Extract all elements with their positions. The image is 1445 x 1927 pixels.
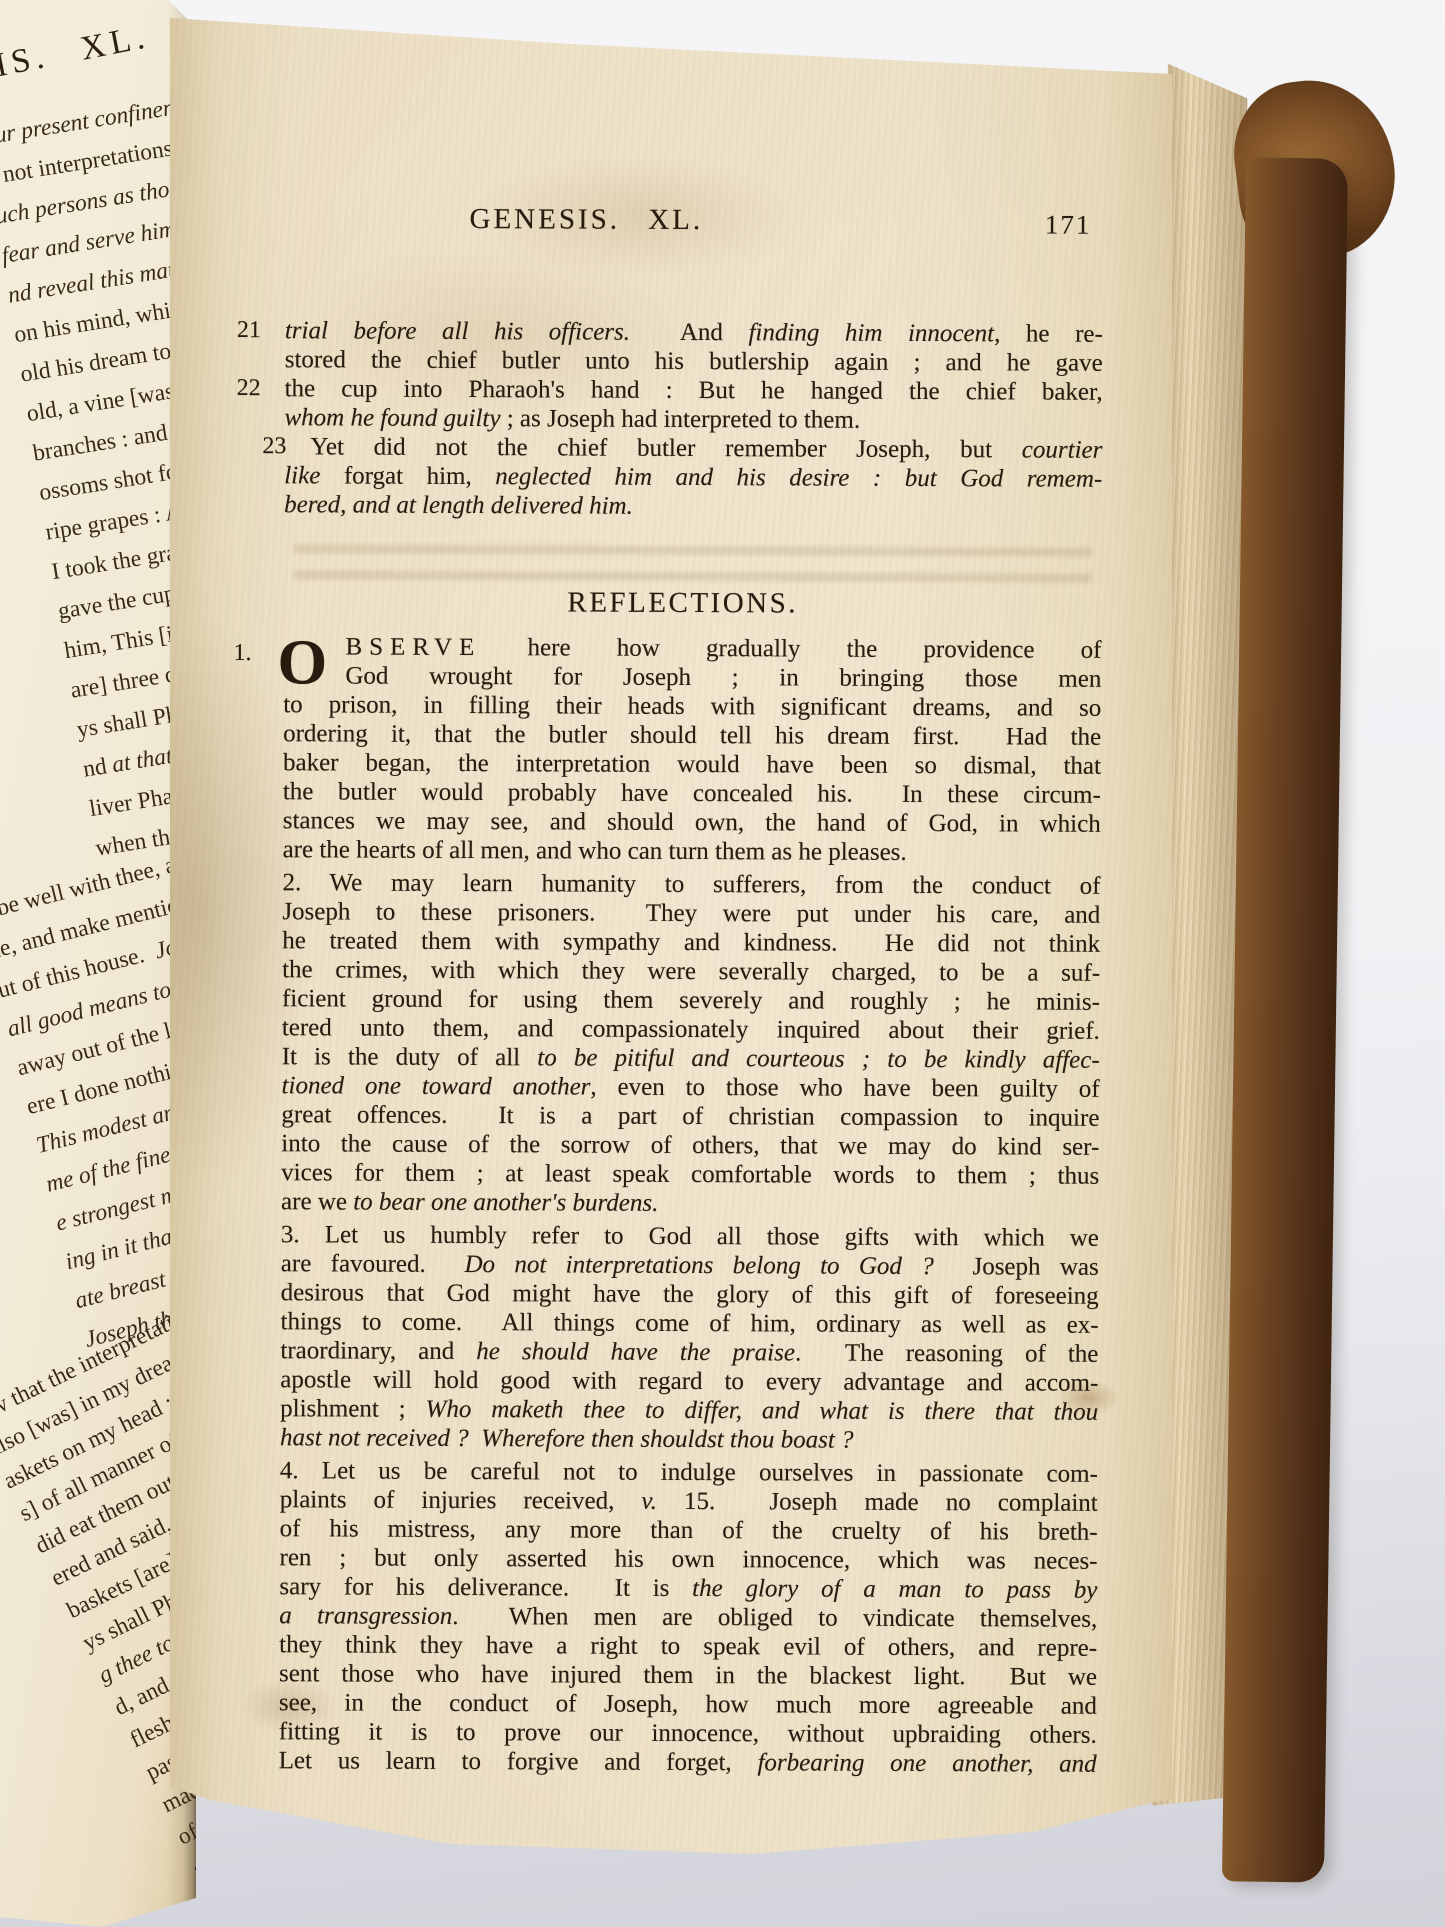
text-run: to prison, in filling their heads with s… xyxy=(283,691,1101,722)
reflection-line: great offences. It is a part of christia… xyxy=(281,1100,1099,1133)
text-run: BSERVE xyxy=(345,633,481,661)
reflection-line: plishment ; Who maketh thee to differ, a… xyxy=(280,1394,1098,1427)
text-run: they think they have a right to speak ev… xyxy=(279,1631,1097,1662)
reflection-line: 2. We may learn humanity to sufferers, f… xyxy=(282,868,1100,901)
text-run: neglected him and his desire : but God r… xyxy=(495,463,1102,493)
text-run: whom he found guilty xyxy=(284,404,500,432)
text-run: fitting it is to prove our innocence, wi… xyxy=(279,1718,1097,1749)
reflection-line: baker began, the interpretation would ha… xyxy=(283,748,1101,781)
text-run: It is the duty of all xyxy=(282,1043,538,1071)
verse-block: 21trial before all his officers. And fin… xyxy=(284,316,1103,523)
text-run: see, in the conduct of Joseph, how much … xyxy=(279,1689,1097,1720)
reflection-line: sary for his deliverance. It is the glor… xyxy=(279,1572,1097,1605)
text-run: great offences. It is a part of christia… xyxy=(281,1101,1099,1132)
reflections-block: 1.OBSERVE here how gradually the provide… xyxy=(279,632,1102,1779)
text-run: Let us learn to forgive and forget, xyxy=(279,1747,758,1776)
text-run: like xyxy=(284,462,320,489)
text-run: into the cause of the sorrow of others, … xyxy=(281,1130,1099,1161)
verse-line: stored the chief butler unto his butlers… xyxy=(285,345,1103,378)
text-run: 4. Let us be careful not to indulge ours… xyxy=(280,1457,1098,1488)
reflection-line: are the hearts of all men, and who can t… xyxy=(283,835,1101,868)
text-run: 3. Let us humbly refer to God all those … xyxy=(281,1221,1099,1252)
reflection-line: are favoured. Do not interpretations bel… xyxy=(281,1249,1099,1282)
text-run: a transgression xyxy=(279,1602,452,1630)
reflection-line: to prison, in filling their heads with s… xyxy=(283,690,1101,723)
left-running-head: IS. XL. xyxy=(0,18,152,85)
text-run: courtier xyxy=(1022,436,1103,463)
text-run: ren ; but only asserted his own innocenc… xyxy=(279,1544,1097,1575)
verse-number: 22 xyxy=(237,374,261,403)
text-run: finding him innocent xyxy=(748,319,994,347)
text-run: Joseph to these prisoners. They were put… xyxy=(282,898,1100,929)
reflection-line: into the cause of the sorrow of others, … xyxy=(281,1129,1099,1162)
left-page: IS. XL. our present confinement.] not in… xyxy=(0,0,196,1927)
text-run: the butler would probably have concealed… xyxy=(283,778,1101,809)
text-run: the glory of a man to pass by xyxy=(692,1575,1097,1604)
ink-showthrough xyxy=(294,527,1092,582)
verse-line: 21trial before all his officers. And fin… xyxy=(285,316,1103,349)
reflection-line: fitting it is to prove our innocence, wi… xyxy=(279,1717,1097,1750)
text-run: tered unto them, and compassionately inq… xyxy=(282,1014,1100,1045)
reflection-line: traordinary, and he should have the prai… xyxy=(280,1336,1098,1369)
verse-number: 21 xyxy=(237,316,261,345)
reflection-line: the butler would probably have concealed… xyxy=(283,777,1101,810)
text-run: nd xyxy=(81,752,114,782)
reflection-line: he treated them with sympathy and kindne… xyxy=(282,926,1100,959)
text-run: ficient ground for using them severely a… xyxy=(282,985,1100,1016)
text-run: he should have the praise xyxy=(476,1338,795,1366)
text-run: of his mistress, any more than of the cr… xyxy=(280,1515,1098,1546)
text-run: forgat him, xyxy=(320,462,495,490)
text-run: are the hearts of all men, and who can t… xyxy=(283,836,907,866)
text-run: the crimes, with which they were several… xyxy=(282,956,1100,987)
reflection-line: hast not received ? Wherefore then shoul… xyxy=(280,1423,1098,1456)
text-run: tioned one toward another xyxy=(282,1072,591,1100)
text-run: Do not interpretations belong to God ? xyxy=(464,1251,933,1280)
text-run: trial before all his officers. xyxy=(285,317,630,346)
text-column: GENESIS. XL. 171 21trial before all his … xyxy=(279,204,1104,1783)
reflection-line: ficient ground for using them severely a… xyxy=(282,984,1100,1017)
reflection-paragraph: 1.OBSERVE here how gradually the provide… xyxy=(283,632,1102,868)
reflection-line: things to come. All things come of him, … xyxy=(281,1307,1099,1340)
text-run: things to come. All things come of him, … xyxy=(281,1308,1099,1339)
text-run: ; as Joseph had interpreted to them. xyxy=(500,405,860,434)
reflection-line: ordering it, that the butler should tell… xyxy=(283,719,1101,752)
reflection-line: 3. Let us humbly refer to God all those … xyxy=(281,1220,1099,1253)
reflection-line: are we to bear one another's burdens. xyxy=(281,1187,1099,1220)
text-run: . When men are obliged to vindicate them… xyxy=(452,1603,1097,1633)
reflection-line: see, in the conduct of Joseph, how much … xyxy=(279,1688,1097,1721)
verse-line: bered, and at length delivered him. xyxy=(284,490,1102,523)
reflection-line: vices for them ; at least speak comforta… xyxy=(281,1158,1099,1191)
text-run: traordinary, and xyxy=(280,1337,476,1365)
text-run: Who maketh thee to differ, and what is t… xyxy=(426,1396,1099,1426)
text-run: plaints of injuries received, xyxy=(280,1486,642,1515)
section-heading: REFLECTIONS. xyxy=(274,587,1092,620)
reflection-line: desirous that God might have the glory o… xyxy=(281,1278,1099,1311)
text-run: baker began, the interpretation would ha… xyxy=(283,749,1101,780)
text-run: he treated them with sympathy and kindne… xyxy=(282,927,1100,958)
text-run: to be pitiful and courteous ; to be kind… xyxy=(537,1044,1100,1073)
reflection-line: tered unto them, and compassionately inq… xyxy=(282,1013,1100,1046)
text-run: sary for his deliverance. It is xyxy=(279,1573,692,1602)
text-run: 15. Joseph made no complaint xyxy=(657,1488,1098,1517)
running-head: GENESIS. XL. xyxy=(469,205,703,235)
text-run: v. xyxy=(641,1488,657,1515)
book-photo: IS. XL. our present confinement.] not in… xyxy=(0,0,1445,1927)
reflection-line: ren ; but only asserted his own innocenc… xyxy=(279,1543,1097,1576)
reflection-line: Let us learn to forgive and forget, forb… xyxy=(279,1746,1097,1779)
reflection-line: 4. Let us be careful not to indulge ours… xyxy=(280,1456,1098,1489)
reflection-line: It is the duty of all to be pitiful and … xyxy=(282,1042,1100,1075)
verse-line: 23Yet did not the chief butler remember … xyxy=(284,432,1102,465)
reflection-line: apostle will hold good with regard to ev… xyxy=(280,1365,1098,1398)
text-run: desirous that God might have the glory o… xyxy=(281,1279,1099,1310)
text-run: 2. We may learn humanity to sufferers, f… xyxy=(282,869,1100,900)
text-run: , even to those who have been guilty of xyxy=(590,1074,1099,1103)
verse-line: whom he found guilty ; as Joseph had int… xyxy=(284,403,1102,436)
verse-number: 23 xyxy=(236,432,286,461)
text-run: And xyxy=(630,319,749,347)
text-run: here how gradually the providence of xyxy=(481,634,1101,664)
reflection-line: a transgression. When men are obliged to… xyxy=(279,1601,1097,1634)
text-run: sent those who have injured them in the … xyxy=(279,1660,1097,1691)
reflection-line: the crimes, with which they were several… xyxy=(282,955,1100,988)
page-number: 171 xyxy=(1045,211,1092,240)
reflection-line: God wrought for Joseph ; in bringing tho… xyxy=(283,661,1101,694)
text-run: vices for them ; at least speak comforta… xyxy=(281,1159,1099,1190)
reflection-line: BSERVE here how gradually the providence… xyxy=(283,632,1101,665)
text-run: plishment ; xyxy=(280,1395,426,1423)
reflection-line: stances we may see, and should own, the … xyxy=(283,806,1101,839)
text-run: forbearing one another, and xyxy=(757,1749,1096,1777)
text-run: stances we may see, and should own, the … xyxy=(283,807,1101,838)
reflection-paragraph: 4. Let us be careful not to indulge ours… xyxy=(279,1456,1098,1779)
reflection-line: tioned one toward another, even to those… xyxy=(282,1071,1100,1104)
text-run: stored the chief butler unto his butlers… xyxy=(285,346,1103,377)
text-run: the cup into Pharaoh's hand : But he han… xyxy=(285,375,1103,406)
reflection-line: Joseph to these prisoners. They were put… xyxy=(282,897,1100,930)
text-run: , he re- xyxy=(994,320,1103,347)
text-run: . The reasoning of the xyxy=(795,1339,1099,1367)
text-run: Yet did not the chief butler remember Jo… xyxy=(310,433,1022,463)
text-run: to bear one another's burdens. xyxy=(353,1189,658,1217)
reflection-line: of his mistress, any more than of the cr… xyxy=(280,1514,1098,1547)
text-run: ordering it, that the butler should tell… xyxy=(283,720,1101,751)
reflection-line: they think they have a right to speak ev… xyxy=(279,1630,1097,1663)
verse-line: like forgat him, neglected him and his d… xyxy=(284,461,1102,494)
paragraph-number: 1. xyxy=(233,639,251,668)
page-header: GENESIS. XL. 171 xyxy=(285,204,1103,258)
reflection-line: sent those who have injured them in the … xyxy=(279,1659,1097,1692)
reflection-line: plaints of injuries received, v. 15. Jos… xyxy=(280,1485,1098,1518)
reflection-paragraph: 3. Let us humbly refer to God all those … xyxy=(280,1220,1099,1456)
reflection-paragraph: 2. We may learn humanity to sufferers, f… xyxy=(281,868,1101,1220)
verse-line: 22the cup into Pharaoh's hand : But he h… xyxy=(285,374,1103,407)
text-run: God wrought for Joseph ; in bringing tho… xyxy=(345,662,1101,692)
text-run: Joseph was xyxy=(934,1253,1099,1281)
text-run: are favoured. xyxy=(281,1250,465,1278)
text-run: bered, and at length delivered him. xyxy=(284,491,633,520)
text-run: apostle will hold good with regard to ev… xyxy=(280,1366,1098,1397)
book-page: GENESIS. XL. 171 21trial before all his … xyxy=(170,6,1172,1892)
text-run: are we xyxy=(281,1188,353,1215)
text-run: hast not received ? Wherefore then shoul… xyxy=(280,1424,854,1454)
